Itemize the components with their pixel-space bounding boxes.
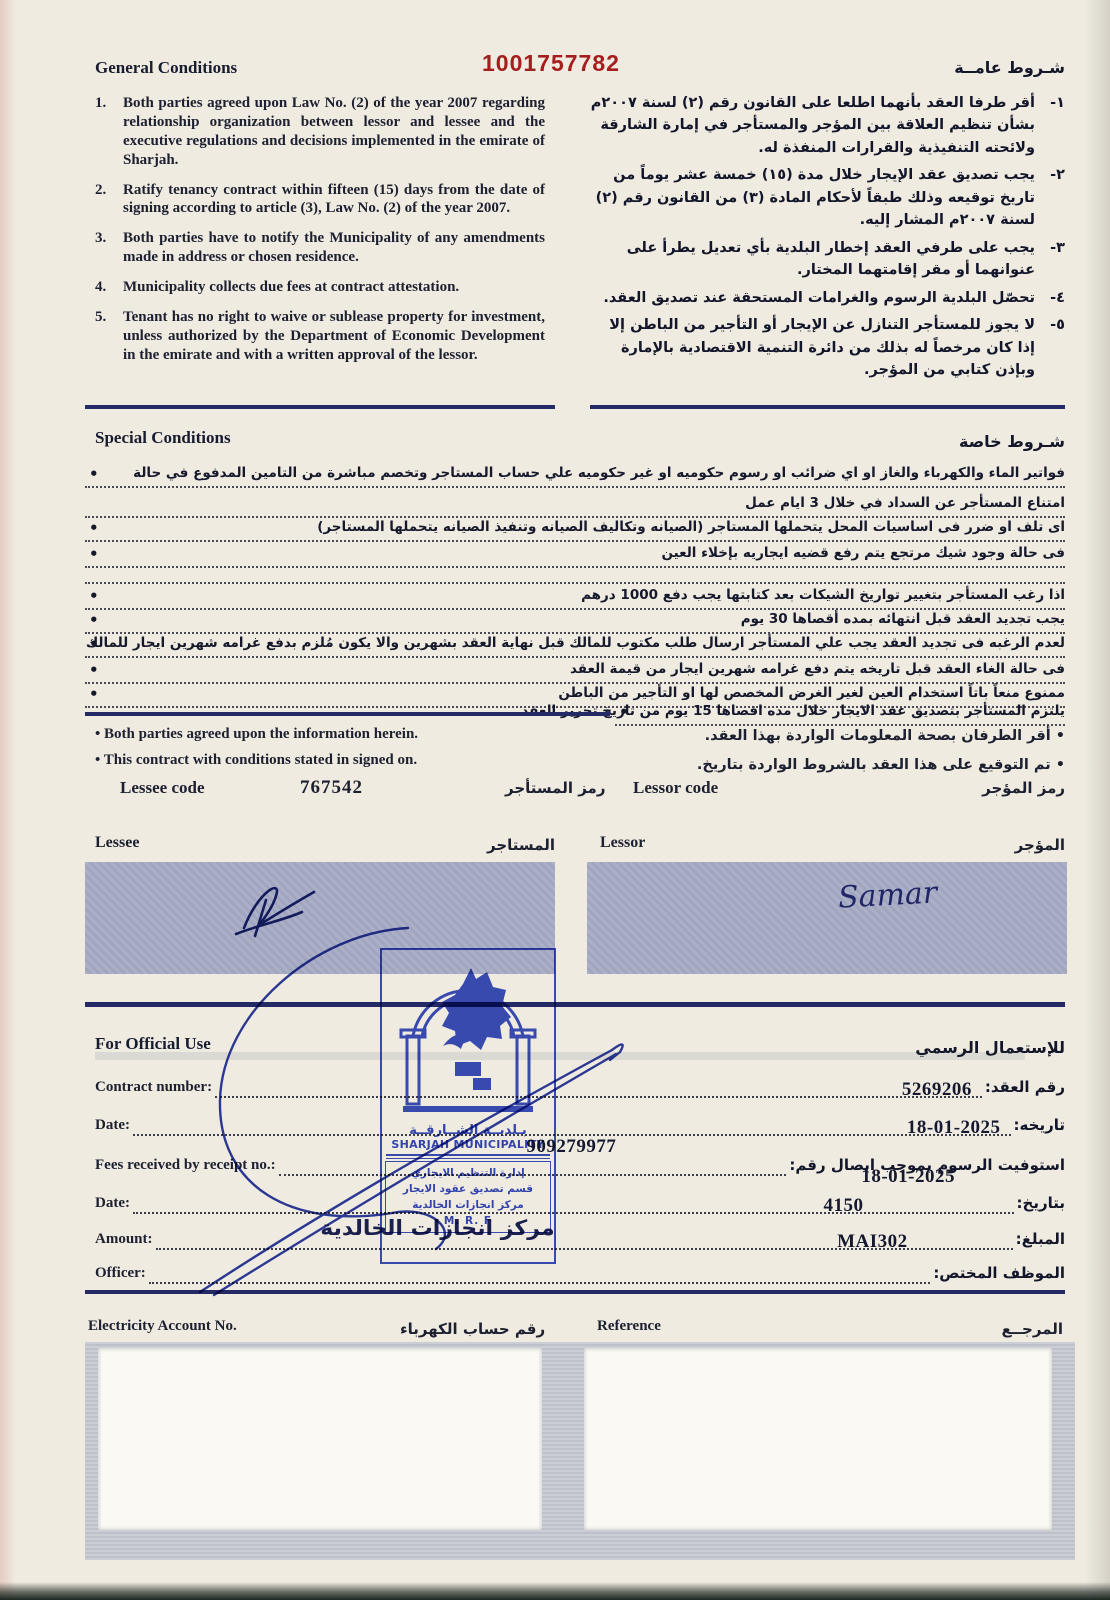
lessee-label-ar: المستاجر	[470, 836, 555, 854]
lessee-code-label-ar: رمز المستأجر	[505, 779, 620, 797]
bullet-icon: •	[619, 701, 629, 723]
agreement-line-en-2: • This contract with conditions stated i…	[95, 752, 555, 769]
gc-ar-item: ٥-لا يجوز للمستأجر التنازل عن الإيجار أو…	[590, 314, 1065, 381]
general-conditions-title-en: General Conditions	[95, 58, 237, 78]
gc-en-item: 3.Both parties have to notify the Munici…	[95, 229, 545, 267]
bullet-icon: •	[89, 463, 99, 485]
officer-ink-swoosh-signature	[140, 895, 840, 1315]
scan-edge-bottom	[0, 1582, 1110, 1600]
gc-ar-item: ٢-يجب تصديق عقد الإيجار خلال مدة (١٥) خم…	[590, 164, 1065, 231]
electricity-account-label-en: Electricity Account No.	[88, 1318, 237, 1335]
general-conditions-list-en: 1.Both parties agreed upon Law No. (2) o…	[95, 94, 545, 376]
reference-label-ar: المرجــع	[985, 1320, 1063, 1338]
bullet-icon: •	[89, 609, 99, 631]
date-1-value: 18-01-2025	[907, 1117, 1001, 1139]
special-condition-row: •يلتزم المستأجر بتصديق عقد الايجار خلال …	[615, 700, 1065, 726]
bullet-icon: •	[89, 659, 99, 681]
bullet-icon: •	[89, 683, 99, 705]
special-condition-row: امتناع المستأجر عن السداد في خلال 3 ايام…	[85, 492, 1065, 518]
special-condition-row: •فى حالة وجود شيك مرتجع يتم رفع قضيه ايج…	[85, 542, 1065, 568]
lessor-label: Lessor	[600, 834, 645, 852]
section-divider-right	[590, 405, 1065, 409]
lessor-code-label: Lessor code	[633, 778, 718, 798]
lessee-code-label: Lessee code	[120, 778, 205, 798]
gc-en-item: 4.Municipality collects due fees at cont…	[95, 278, 545, 297]
amount-value: MAI302	[837, 1231, 908, 1253]
gc-en-item: 5.Tenant has no right to waive or sublea…	[95, 308, 545, 365]
bullet-icon: •	[89, 543, 99, 565]
special-conditions-end-line	[85, 712, 610, 716]
lessee-code-value: 767542	[300, 777, 363, 799]
scanned-tenancy-contract-page: General Conditions 1001757782 شـروط عامـ…	[0, 0, 1110, 1600]
contract-number-value: 5269206	[902, 1079, 972, 1101]
special-condition-row: •لعدم الرغبه فى تجديد العقد يجب علي المس…	[85, 632, 1065, 658]
agreement-line-ar-2: • تم التوقيع على هذا العقد بالشروط الوار…	[590, 757, 1065, 773]
bullet-icon: •	[89, 585, 99, 607]
special-condition-row: •فواتير الماء والكهرباء والغاز او اي ضرا…	[85, 462, 1065, 488]
gc-en-item: 1.Both parties agreed upon Law No. (2) o…	[95, 94, 545, 170]
special-condition-row: •يجب تجديد العقد قبل انتهائه بمده أقصاها…	[85, 608, 1065, 634]
gc-ar-item: ٤-تحصّل البلدية الرسوم والغرامات المستحق…	[590, 287, 1065, 309]
scan-edge-left	[0, 0, 16, 1600]
gc-ar-item: ٣-يجب على طرفي العقد إخطار البلدية بأي ت…	[590, 237, 1065, 282]
fees-date-overprint-value: 18-01-2025	[861, 1166, 955, 1188]
lessee-label: Lessee	[95, 834, 139, 852]
lessor-signature-text: Samar	[837, 875, 938, 915]
special-conditions-title-ar: شـروط خاصة	[959, 432, 1065, 451]
lessor-code-label-ar: رمز المؤجر	[975, 779, 1065, 797]
contract-reference-number: 1001757782	[482, 50, 620, 77]
bullet-icon: •	[89, 517, 99, 539]
general-conditions-list-ar: ١-أقر طرفا العقد بأنهما اطلعا على القانو…	[590, 92, 1065, 387]
reference-label-en: Reference	[597, 1318, 661, 1335]
electricity-account-box	[98, 1348, 542, 1530]
agreement-line-ar-1: • أقر الطرفان بصحة المعلومات الواردة بهذ…	[590, 728, 1065, 744]
gc-en-item: 2.Ratify tenancy contract within fifteen…	[95, 181, 545, 219]
section-divider-left	[85, 405, 555, 409]
general-conditions-title-ar: شـروط عامــة	[954, 58, 1065, 77]
reference-box	[584, 1348, 1052, 1530]
electricity-account-label-ar: رقم حساب الكهرباء	[400, 1320, 548, 1338]
special-conditions-title-en: Special Conditions	[95, 428, 231, 448]
official-use-title-ar: للإستعمال الرسمي	[915, 1038, 1065, 1057]
special-condition-blank-line	[85, 566, 1065, 584]
scan-edge-right	[1084, 0, 1110, 1600]
bullet-icon: •	[89, 633, 99, 655]
gc-ar-item: ١-أقر طرفا العقد بأنهما اطلعا على القانو…	[590, 92, 1065, 159]
lessor-label-ar: المؤجر	[990, 836, 1065, 854]
special-condition-row: •اذا رغب المستأجر بتغيير تواريخ الشيكات …	[85, 584, 1065, 610]
special-condition-row: •اى تلف او ضرر فى اساسيات المحل يتحملها …	[85, 516, 1065, 542]
special-condition-row: •فى حالة الغاء العقد قبل تاريخه يتم دفع …	[85, 658, 1065, 684]
agreement-line-en-1: • Both parties agreed upon the informati…	[95, 726, 555, 743]
